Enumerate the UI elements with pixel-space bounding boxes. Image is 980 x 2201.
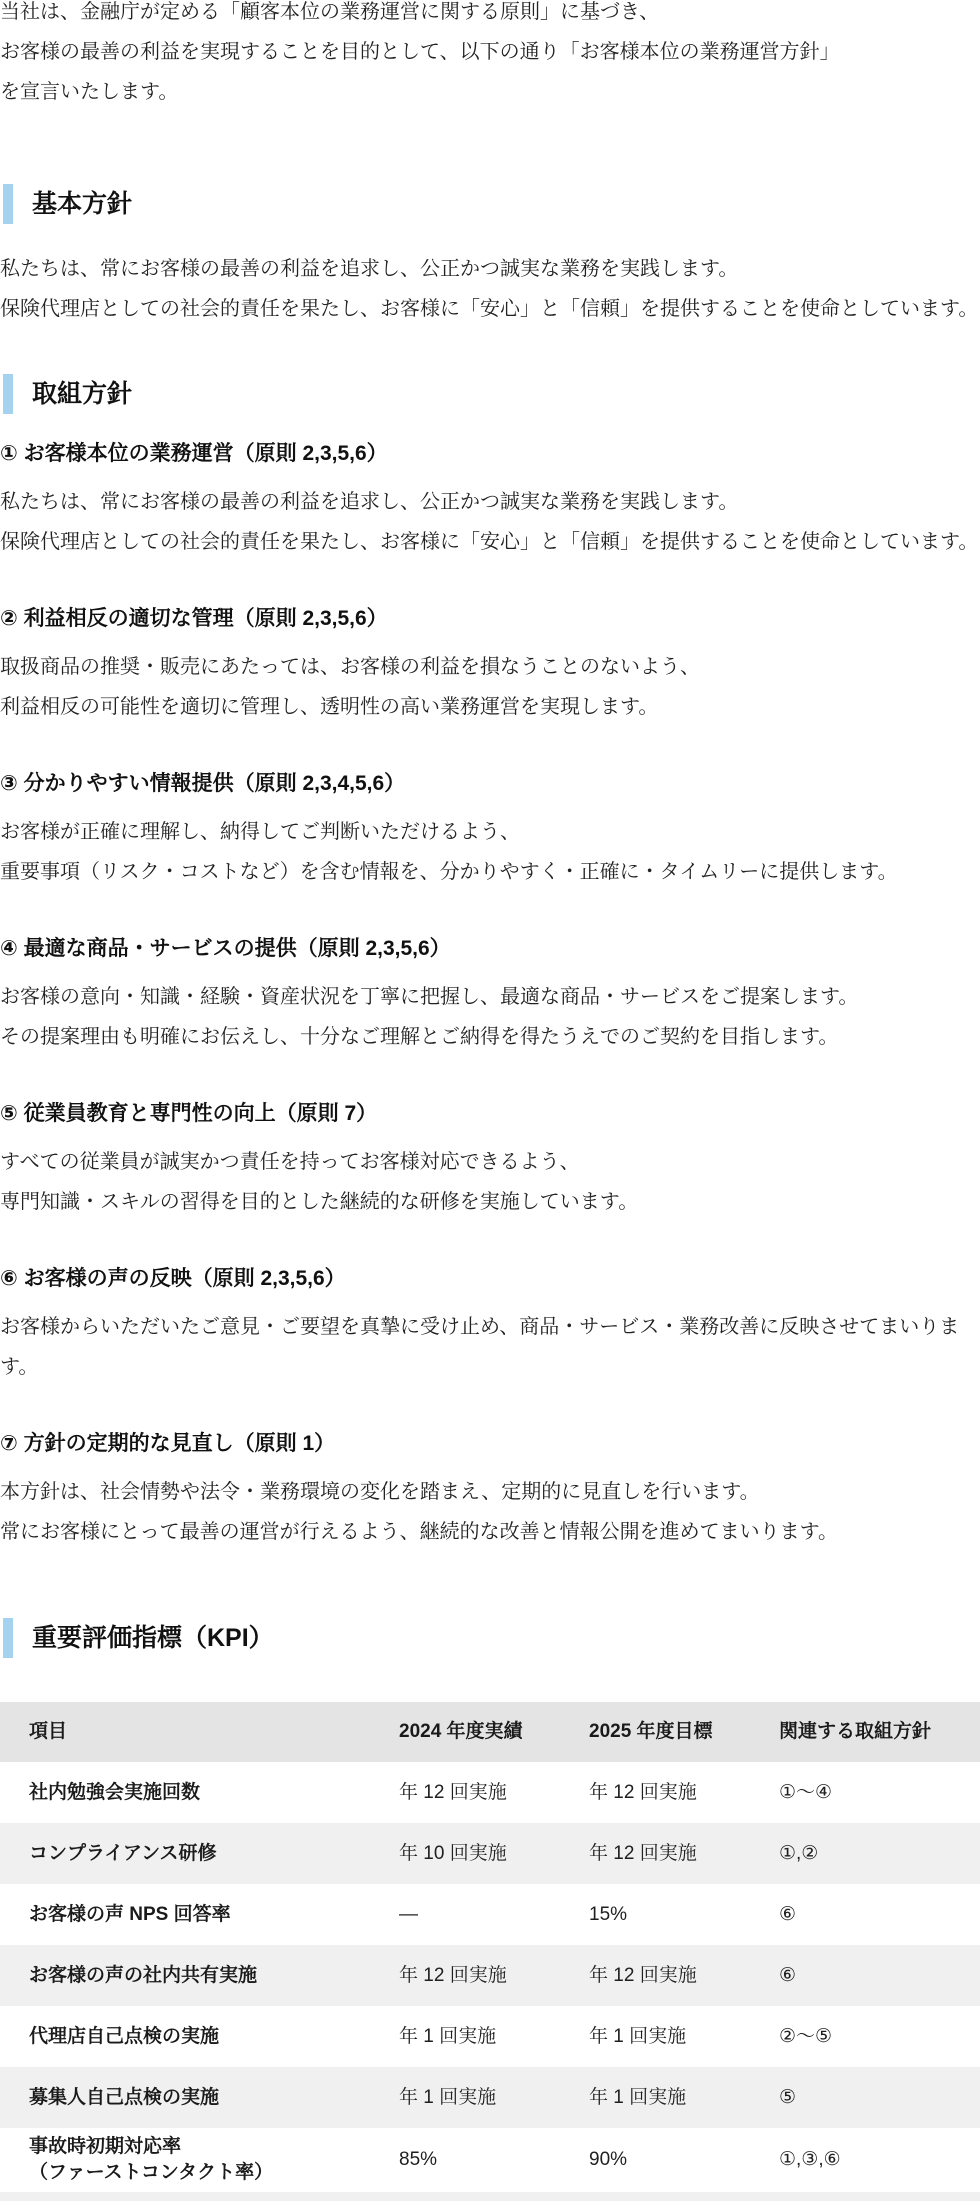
initiative-7-paragraph: 本方針は、社会情勢や法令・業務環境の変化を踏まえ、定期的に見直しを行います。 常… bbox=[0, 1472, 980, 1552]
kpi-header-item: 項目 bbox=[0, 1719, 370, 1745]
initiative-2-line: 利益相反の可能性を適切に管理し、透明性の高い業務運営を実現します。 bbox=[0, 687, 980, 727]
kpi-item-line: 事故時初期対応率 bbox=[29, 2134, 370, 2160]
kpi-2024-value: 85% bbox=[370, 2147, 560, 2173]
initiative-5-line: 専門知識・スキルの習得を目的とした継続的な研修を実施しています。 bbox=[0, 1182, 980, 1222]
kpi-2024-value: ― bbox=[370, 1902, 560, 1928]
table-row: 社内勉強会実施回数 年 12 回実施 年 12 回実施 ①～④ bbox=[0, 1762, 980, 1823]
initiative-4-paragraph: お客様の意向・知識・経験・資産状況を丁寧に把握し、最適な商品・サービスをご提案し… bbox=[0, 977, 980, 1057]
initiative-5-paragraph: すべての従業員が誠実かつ責任を持ってお客様対応できるよう、 専門知識・スキルの習… bbox=[0, 1142, 980, 1222]
kpi-item-label: 事故時初期対応率 （ファーストコンタクト率） bbox=[0, 2134, 370, 2186]
table-row: 代理店自己点検の実施 年 1 回実施 年 1 回実施 ②～⑤ bbox=[0, 2006, 980, 2067]
kpi-2025-value: 年 1 回実施 bbox=[560, 2024, 750, 2050]
kpi-related-value: ⑥ bbox=[750, 1902, 980, 1928]
initiative-1-paragraph: 私たちは、常にお客様の最善の利益を追求し、公正かつ誠実な業務を実践します。 保険… bbox=[0, 482, 980, 562]
kpi-2025-value: 15% bbox=[560, 1902, 750, 1928]
kpi-item-label: お客様の声の社内共有実施 bbox=[0, 1963, 370, 1989]
kpi-related-value: ①,② bbox=[750, 1841, 980, 1867]
initiative-5-title: ⑤ 従業員教育と専門性の向上（原則 7） bbox=[0, 1099, 980, 1129]
kpi-2025-value: 年 1 回実施 bbox=[560, 2085, 750, 2111]
table-row: 募集人自己点検の実施 年 1 回実施 年 1 回実施 ⑤ bbox=[0, 2067, 980, 2128]
kpi-item-label: 募集人自己点検の実施 bbox=[0, 2085, 370, 2111]
kpi-related-value: ①～④ bbox=[750, 1780, 980, 1806]
kpi-item-label: お客様の声 NPS 回答率 bbox=[0, 1902, 370, 1928]
basic-policy-heading: 基本方針 bbox=[3, 184, 980, 224]
kpi-heading: 重要評価指標（KPI） bbox=[3, 1618, 980, 1658]
kpi-related-value: ①,③,⑥ bbox=[750, 2147, 980, 2173]
intro-paragraph: 当社は、金融庁が定める「顧客本位の業務運営に関する原則」に基づき、 お客様の最善… bbox=[0, 0, 980, 112]
initiative-6-title: ⑥ お客様の声の反映（原則 2,3,5,6） bbox=[0, 1264, 980, 1294]
kpi-table-header-row: 項目 2024 年度実績 2025 年度目標 関連する取組方針 bbox=[0, 1702, 980, 1762]
initiative-1-title: ① お客様本位の業務運営（原則 2,3,5,6） bbox=[0, 439, 980, 469]
initiative-2-line: 取扱商品の推奨・販売にあたっては、お客様の利益を損なうことのないよう、 bbox=[0, 647, 980, 687]
intro-line: 当社は、金融庁が定める「顧客本位の業務運営に関する原則」に基づき、 bbox=[0, 0, 980, 32]
kpi-2024-value: 年 1 回実施 bbox=[370, 2085, 560, 2111]
table-row: コンプライアンス研修 年 10 回実施 年 12 回実施 ①,② bbox=[0, 1823, 980, 1884]
kpi-table: 項目 2024 年度実績 2025 年度目標 関連する取組方針 社内勉強会実施回… bbox=[0, 1702, 980, 2201]
basic-policy-paragraph: 私たちは、常にお客様の最善の利益を追求し、公正かつ誠実な業務を実践します。 保険… bbox=[0, 249, 980, 329]
basic-policy-line: 保険代理店としての社会的責任を果たし、お客様に「安心」と「信頼」を提供することを… bbox=[0, 289, 980, 329]
table-row: お客様の声 NPS 回答率 ― 15% ⑥ bbox=[0, 1884, 980, 1945]
kpi-item-label: コンプライアンス研修 bbox=[0, 1841, 370, 1867]
initiative-5-line: すべての従業員が誠実かつ責任を持ってお客様対応できるよう、 bbox=[0, 1142, 980, 1182]
initiative-6-line: お客様からいただいたご意見・ご要望を真摯に受け止め、商品・サービス・業務改善に反… bbox=[0, 1307, 980, 1387]
initiative-4-line: お客様の意向・知識・経験・資産状況を丁寧に把握し、最適な商品・サービスをご提案し… bbox=[0, 977, 980, 1017]
initiatives-heading: 取組方針 bbox=[3, 374, 980, 414]
kpi-2024-value: 年 12 回実施 bbox=[370, 1963, 560, 1989]
initiative-1-line: 保険代理店としての社会的責任を果たし、お客様に「安心」と「信頼」を提供することを… bbox=[0, 522, 980, 562]
initiative-3-paragraph: お客様が正確に理解し、納得してご判断いただけるよう、 重要事項（リスク・コストな… bbox=[0, 812, 980, 892]
kpi-header-2024: 2024 年度実績 bbox=[370, 1719, 560, 1745]
intro-line: お客様の最善の利益を実現することを目的として、以下の通り「お客様本位の業務運営方… bbox=[0, 32, 980, 72]
kpi-2024-value: 年 1 回実施 bbox=[370, 2024, 560, 2050]
kpi-2025-value: 年 12 回実施 bbox=[560, 1780, 750, 1806]
kpi-2024-value: 年 10 回実施 bbox=[370, 1841, 560, 1867]
kpi-item-label: 代理店自己点検の実施 bbox=[0, 2024, 370, 2050]
initiative-7-line: 常にお客様にとって最善の運営が行えるよう、継続的な改善と情報公開を進めてまいりま… bbox=[0, 1512, 980, 1552]
initiative-2-title: ② 利益相反の適切な管理（原則 2,3,5,6） bbox=[0, 604, 980, 634]
initiative-3-line: 重要事項（リスク・コストなど）を含む情報を、分かりやすく・正確に・タイムリーに提… bbox=[0, 852, 980, 892]
kpi-related-value: ⑤ bbox=[750, 2085, 980, 2111]
kpi-item-label: 社内勉強会実施回数 bbox=[0, 1780, 370, 1806]
initiative-4-line: その提案理由も明確にお伝えし、十分なご理解とご納得を得たうえでのご契約を目指しま… bbox=[0, 1017, 980, 1057]
initiative-1-line: 私たちは、常にお客様の最善の利益を追求し、公正かつ誠実な業務を実践します。 bbox=[0, 482, 980, 522]
basic-policy-line: 私たちは、常にお客様の最善の利益を追求し、公正かつ誠実な業務を実践します。 bbox=[0, 249, 980, 289]
initiative-2-paragraph: 取扱商品の推奨・販売にあたっては、お客様の利益を損なうことのないよう、 利益相反… bbox=[0, 647, 980, 727]
policy-document: 当社は、金融庁が定める「顧客本位の業務運営に関する原則」に基づき、 お客様の最善… bbox=[0, 0, 980, 2201]
initiative-7-line: 本方針は、社会情勢や法令・業務環境の変化を踏まえ、定期的に見直しを行います。 bbox=[0, 1472, 980, 1512]
initiative-4-title: ④ 最適な商品・サービスの提供（原則 2,3,5,6） bbox=[0, 934, 980, 964]
table-row-partial bbox=[0, 2192, 980, 2201]
kpi-related-value: ⑥ bbox=[750, 1963, 980, 1989]
kpi-related-value: ②～⑤ bbox=[750, 2024, 980, 2050]
kpi-2024-value: 年 12 回実施 bbox=[370, 1780, 560, 1806]
kpi-2025-value: 90% bbox=[560, 2147, 750, 2173]
kpi-2025-value: 年 12 回実施 bbox=[560, 1841, 750, 1867]
table-row: お客様の声の社内共有実施 年 12 回実施 年 12 回実施 ⑥ bbox=[0, 1945, 980, 2006]
initiative-3-title: ③ 分かりやすい情報提供（原則 2,3,4,5,6） bbox=[0, 769, 980, 799]
kpi-header-related: 関連する取組方針 bbox=[750, 1719, 980, 1745]
intro-line: を宣言いたします。 bbox=[0, 72, 980, 112]
kpi-item-note: （ファーストコンタクト率） bbox=[29, 2160, 370, 2186]
kpi-2025-value: 年 12 回実施 bbox=[560, 1963, 750, 1989]
kpi-header-2025: 2025 年度目標 bbox=[560, 1719, 750, 1745]
initiative-7-title: ⑦ 方針の定期的な見直し（原則 1） bbox=[0, 1429, 980, 1459]
initiative-3-line: お客様が正確に理解し、納得してご判断いただけるよう、 bbox=[0, 812, 980, 852]
initiative-6-paragraph: お客様からいただいたご意見・ご要望を真摯に受け止め、商品・サービス・業務改善に反… bbox=[0, 1307, 980, 1387]
table-row: 事故時初期対応率 （ファーストコンタクト率） 85% 90% ①,③,⑥ bbox=[0, 2128, 980, 2192]
